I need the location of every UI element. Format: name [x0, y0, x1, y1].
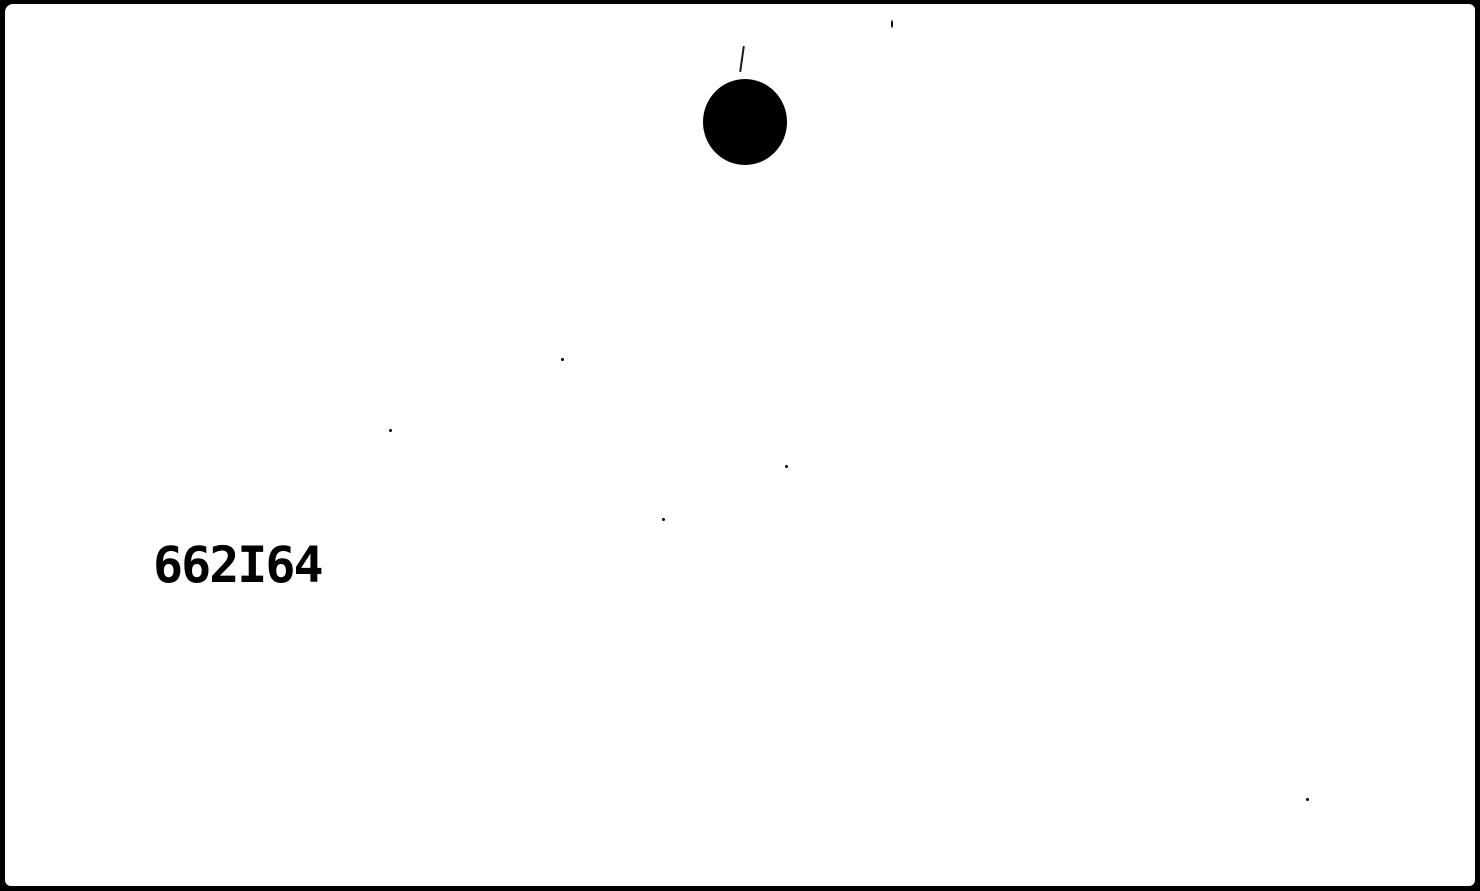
- speck: [561, 358, 564, 361]
- scan-background: 662I64: [0, 0, 1480, 891]
- punched-hole: [703, 79, 787, 165]
- card-number: 662I64: [153, 540, 322, 590]
- speck: [662, 518, 665, 521]
- speck: [1306, 798, 1309, 801]
- hole-tick-mark: [739, 46, 745, 72]
- speck: [785, 465, 788, 468]
- speck: [389, 429, 392, 432]
- speck: [891, 20, 893, 28]
- index-card: 662I64: [5, 4, 1475, 886]
